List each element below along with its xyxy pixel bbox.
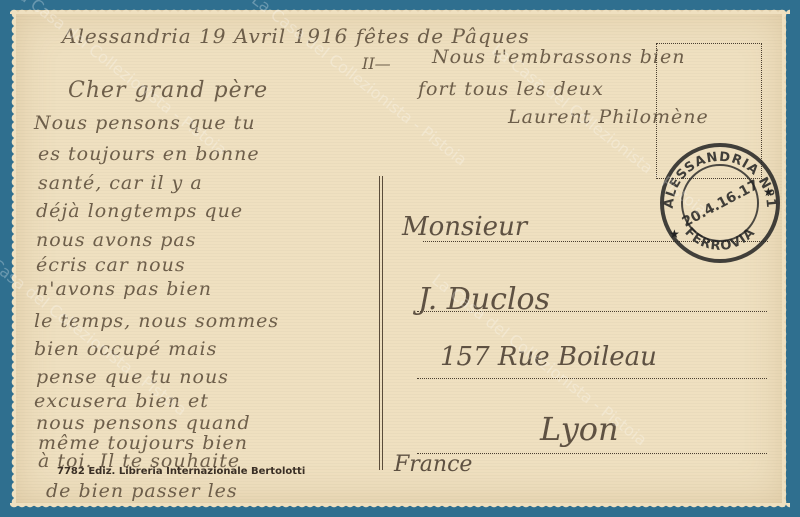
address-line-3 <box>417 378 767 379</box>
postmark-cancel: ALESSANDRIA Nº1 FERROVIA 20.4.16.17 ★ ★ <box>655 138 785 268</box>
center-divider <box>379 176 383 470</box>
star-icon: ★ <box>669 227 680 241</box>
message-line: santé, car il y a <box>38 172 203 194</box>
margin-note: II— <box>362 54 391 73</box>
deckled-edge-bottom <box>10 503 790 511</box>
star-icon: ★ <box>763 185 774 199</box>
publisher-line: 7782 Ediz. Libreria Internazionale Berto… <box>57 466 305 477</box>
address-country: France <box>394 452 472 477</box>
message-line: Nous pensons que tu <box>34 112 256 134</box>
message-line: nous pensons quand <box>36 412 251 434</box>
message-line: de bien passer les <box>46 480 238 502</box>
closing-line: Nous t'embrassons bien <box>432 46 685 68</box>
deckled-edge-top <box>10 6 790 14</box>
address-salutation: Monsieur <box>402 212 527 242</box>
message-line: déjà longtemps que <box>36 200 243 222</box>
svg-text:FERROVIA: FERROVIA <box>681 225 758 254</box>
message-line: n'avons pas bien <box>36 278 212 300</box>
closing-line: fort tous les deux <box>418 78 604 100</box>
message-line: nous avons pas <box>36 229 196 251</box>
message-line: écris car nous <box>36 254 186 276</box>
deckled-edge-left <box>8 10 16 507</box>
postmark-bottom-text: FERROVIA <box>681 225 758 254</box>
